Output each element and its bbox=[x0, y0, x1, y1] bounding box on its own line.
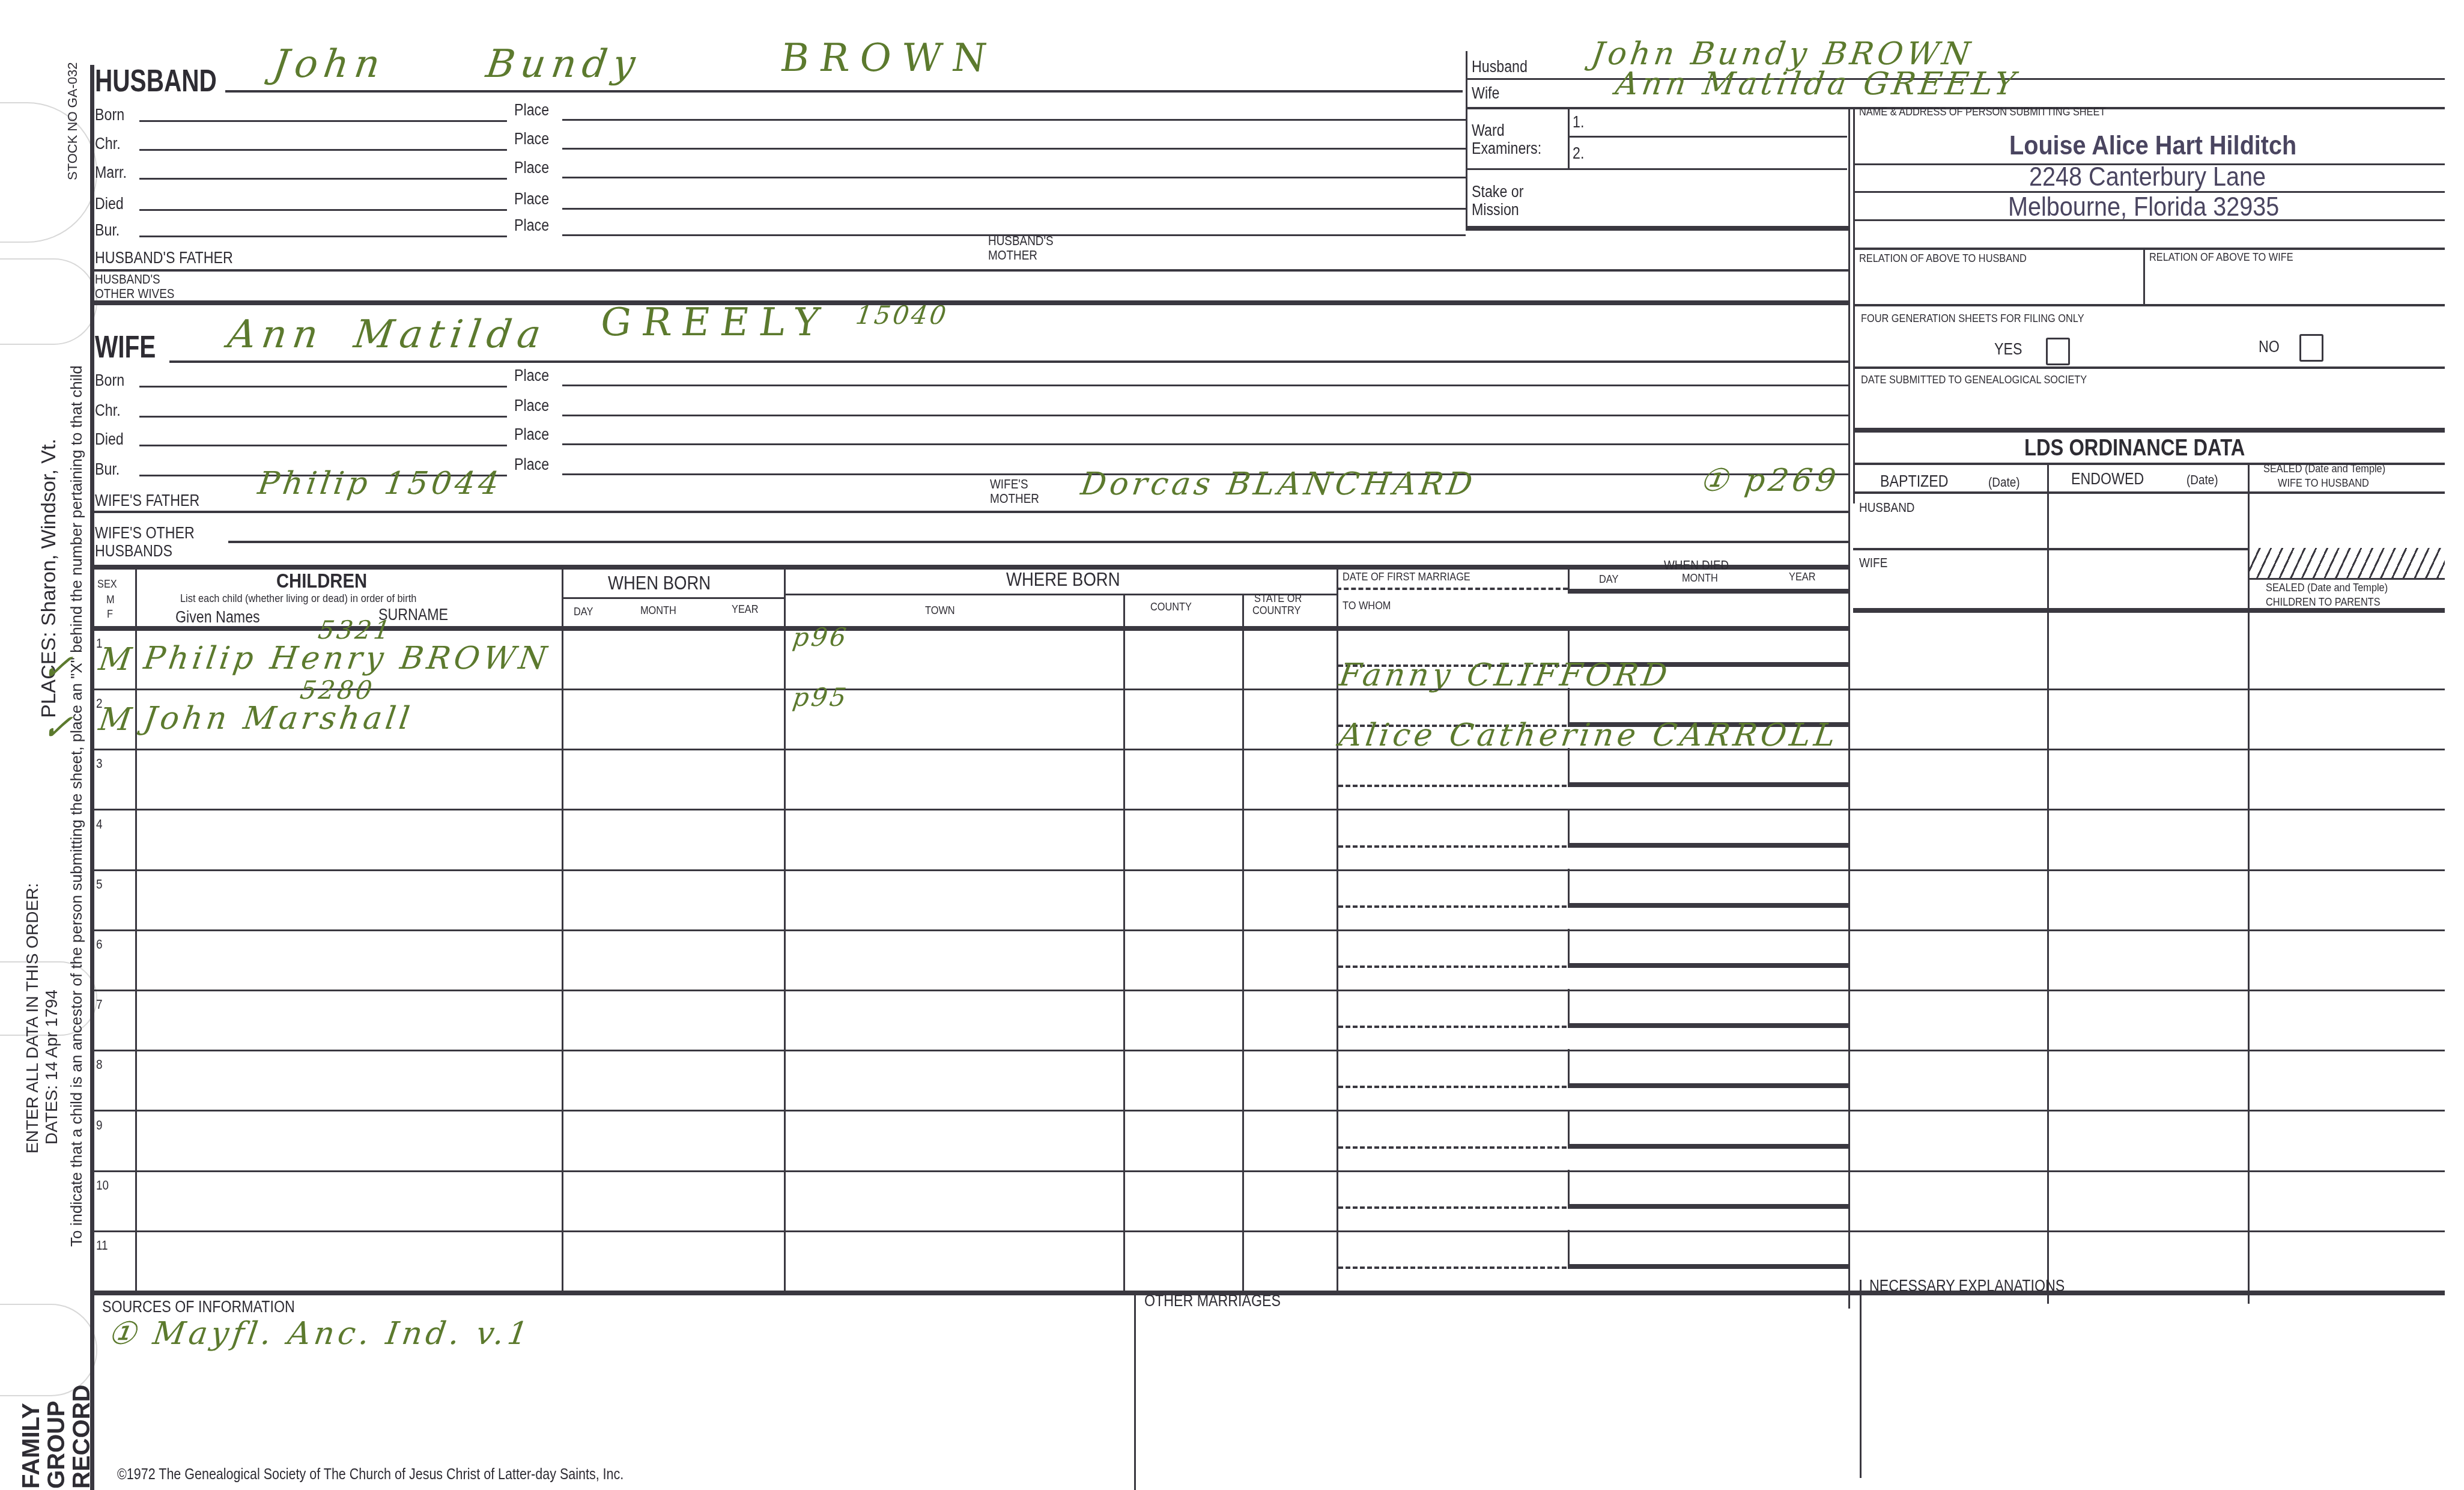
row-divider bbox=[91, 1050, 2445, 1051]
row-divider bbox=[91, 929, 2445, 931]
wife-1-event-label: Chr. bbox=[95, 401, 121, 420]
marriage-date-dash bbox=[1338, 1026, 1567, 1028]
row-divider bbox=[91, 990, 2445, 991]
table-col-divider bbox=[1337, 565, 1338, 1291]
other-marriages-label: OTHER MARRIAGES bbox=[1144, 1292, 1281, 1310]
died-box-edge bbox=[1568, 748, 1570, 785]
wife-mother-source[interactable]: ① p269 bbox=[1698, 463, 1842, 499]
husband-4-event-label: Bur. bbox=[95, 221, 120, 240]
died-date-line bbox=[1568, 963, 1848, 968]
bottom-divider bbox=[1860, 1280, 1862, 1478]
row-divider bbox=[91, 749, 2445, 750]
wife-other-husbands-label-1: WIFE'S OTHER bbox=[95, 524, 195, 543]
marriage-date-dash bbox=[1338, 905, 1567, 908]
row-divider bbox=[91, 1110, 2445, 1111]
child-number: 10 bbox=[96, 1178, 109, 1193]
died-box-edge bbox=[1568, 929, 1570, 966]
table-col-divider bbox=[1242, 594, 1244, 1291]
died-box-edge bbox=[1568, 1170, 1570, 1207]
marriage-date-dash bbox=[1338, 1206, 1567, 1209]
died-day-label: DAY bbox=[1599, 573, 1618, 586]
submitter-line bbox=[1853, 248, 2445, 250]
stake-field[interactable] bbox=[1466, 226, 1848, 231]
relation-husband-label: RELATION OF ABOVE TO HUSBAND bbox=[1859, 252, 2027, 266]
submitter-line bbox=[1853, 219, 2445, 221]
date-submitted-field[interactable] bbox=[1853, 428, 2445, 433]
lds-wife-label: WIFE bbox=[1859, 555, 1887, 571]
marriage-date-dash bbox=[1338, 1146, 1567, 1149]
dates-example: DATES: 14 Apr 1794 bbox=[42, 990, 61, 1145]
lds-line bbox=[2248, 578, 2445, 580]
sealed-wh-1: SEALED (Date and Temple) bbox=[2263, 463, 2385, 476]
town-label: TOWN bbox=[925, 604, 955, 618]
endowed-label: ENDOWED bbox=[2071, 470, 2144, 488]
stake-label-2: Mission bbox=[1472, 201, 1519, 219]
wife-0-event-label: Born bbox=[95, 371, 124, 390]
husband-4-place-label: Place bbox=[514, 216, 549, 235]
died-date-line bbox=[1568, 1083, 1848, 1088]
sources-value[interactable]: ① Mayfl. Anc. Ind. v.1 bbox=[106, 1316, 534, 1352]
child-number: 7 bbox=[96, 997, 103, 1012]
wife-event-date-field[interactable] bbox=[139, 416, 507, 418]
marriage-date-dash bbox=[1338, 785, 1567, 787]
no-checkbox[interactable] bbox=[2299, 334, 2323, 362]
husband-2-place-label: Place bbox=[514, 159, 549, 177]
wife-father-label: WIFE'S FATHER bbox=[95, 491, 199, 510]
wife-mother[interactable]: Dorcas BLANCHARD bbox=[1079, 466, 1478, 502]
husband-name-line bbox=[225, 90, 1463, 93]
punch-hole bbox=[0, 1304, 97, 1396]
wife-other-husbands-label-2: HUSBANDS bbox=[95, 542, 172, 561]
four-gen-label: FOUR GENERATION SHEETS FOR FILING ONLY bbox=[1861, 312, 2084, 326]
husband-2-event-label: Marr. bbox=[95, 163, 127, 182]
husband-3-event-label: Died bbox=[95, 195, 124, 213]
table-line bbox=[1568, 589, 1848, 594]
husband-middle[interactable]: Bundy bbox=[484, 42, 644, 87]
ancestor-note: To indicate that a child is an ancestor … bbox=[67, 365, 86, 1247]
wife-middle[interactable]: Matilda bbox=[351, 312, 550, 357]
baptized-date-hint: (Date) bbox=[1988, 475, 2020, 490]
husband-1-event-label: Chr. bbox=[95, 135, 121, 153]
child-name[interactable]: John Marshall bbox=[142, 701, 416, 737]
died-date-line bbox=[1568, 1204, 1848, 1209]
submitter-label: NAME & ADDRESS OF PERSON SUBMITTING SHEE… bbox=[1859, 106, 2105, 119]
ancestor-check-icon[interactable]: ✓ bbox=[39, 646, 77, 689]
marriage-date-dash bbox=[1338, 845, 1567, 848]
sealed-wh-2: WIFE TO HUSBAND bbox=[2278, 477, 2369, 490]
husband-event-place-field[interactable] bbox=[562, 119, 1466, 121]
child-number: 4 bbox=[96, 816, 103, 832]
wife-surname[interactable]: GREELY bbox=[598, 300, 833, 345]
husband-event-date-field[interactable] bbox=[139, 120, 507, 122]
wife-1-place-label: Place bbox=[514, 397, 549, 415]
husband-other-wives-label-1: HUSBAND'S bbox=[95, 272, 160, 287]
no-label: NO bbox=[2259, 338, 2280, 356]
table-line bbox=[562, 597, 784, 599]
died-box-edge bbox=[1568, 1230, 1570, 1267]
husband-event-date-field[interactable] bbox=[139, 236, 507, 237]
died-box-edge bbox=[1568, 989, 1570, 1026]
child-number: 9 bbox=[96, 1117, 103, 1133]
sealed-cp-1: SEALED (Date and Temple) bbox=[2266, 582, 2388, 595]
given-names-label: Given Names bbox=[175, 608, 260, 627]
yes-label: YES bbox=[1994, 340, 2022, 359]
died-box-edge bbox=[1568, 869, 1570, 906]
relation-wife-label: RELATION OF ABOVE TO WIFE bbox=[2149, 251, 2293, 264]
husband-event-date-field[interactable] bbox=[139, 149, 507, 151]
died-box-edge bbox=[1568, 1049, 1570, 1086]
section-divider bbox=[91, 565, 1848, 570]
husband-heading: HUSBAND bbox=[95, 63, 217, 99]
punch-hole bbox=[0, 258, 97, 345]
examiners-label-2: Examiners: bbox=[1472, 139, 1541, 158]
wife-3-place-label: Place bbox=[514, 455, 549, 474]
day-label: DAY bbox=[574, 606, 593, 619]
wife-3-event-label: Bur. bbox=[95, 460, 120, 479]
sources-label: SOURCES OF INFORMATION bbox=[102, 1298, 295, 1316]
died-date-line bbox=[1568, 1023, 1848, 1028]
table-col-divider bbox=[135, 567, 137, 1291]
row-divider bbox=[91, 689, 2445, 690]
child-spouse[interactable]: Alice Catherine CARROLL bbox=[1337, 717, 1841, 753]
relation-divider bbox=[2143, 248, 2145, 305]
husband-0-event-label: Born bbox=[95, 106, 124, 124]
wife-2-event-label: Died bbox=[95, 430, 124, 449]
form-title-1: FAMILY bbox=[18, 1403, 45, 1489]
submitter-name[interactable]: Louise Alice Hart Hilditch bbox=[2009, 131, 2296, 161]
child-birth-town[interactable]: p95 bbox=[791, 683, 851, 712]
county-label: COUNTY bbox=[1150, 601, 1192, 614]
wife-father-line[interactable] bbox=[91, 511, 1848, 513]
examiners-label-1: Ward bbox=[1472, 121, 1505, 140]
examiner-1-label: 1. bbox=[1573, 113, 1584, 132]
stock-number: STOCK NO GA-032 bbox=[65, 62, 80, 180]
husband-1-place-label: Place bbox=[514, 130, 549, 148]
ward-wife-label: Wife bbox=[1472, 84, 1499, 103]
table-col-divider bbox=[1123, 594, 1125, 1291]
sex-label: SEX bbox=[97, 578, 117, 591]
lds-husband-label: HUSBAND bbox=[1859, 500, 1915, 515]
year-label: YEAR bbox=[732, 603, 759, 616]
state-label-1: STATE OR bbox=[1254, 592, 1302, 606]
child-number: 5 bbox=[96, 877, 103, 892]
died-date-line bbox=[1568, 782, 1848, 787]
sex-m-label: M bbox=[106, 594, 115, 607]
child-sex[interactable]: M bbox=[97, 702, 138, 738]
died-date-line bbox=[1568, 843, 1848, 848]
wife-name-line bbox=[169, 360, 1848, 363]
ward-divider bbox=[1568, 107, 1570, 168]
row-divider bbox=[91, 1170, 2445, 1172]
section-divider bbox=[91, 300, 1848, 305]
husband-3-place-label: Place bbox=[514, 190, 549, 208]
ward-wife-value[interactable]: Ann Matilda GREELY bbox=[1613, 66, 2021, 102]
husband-father-label: HUSBAND'S FATHER bbox=[95, 249, 233, 267]
examiner-2-field[interactable] bbox=[1466, 168, 1847, 170]
submitter-city[interactable]: Melbourne, Florida 32935 bbox=[2008, 192, 2279, 222]
wife-event-place-field[interactable] bbox=[562, 443, 1848, 445]
wife-father[interactable]: Philip 15044 bbox=[256, 466, 505, 502]
month-label: MONTH bbox=[640, 604, 676, 618]
endowed-date-hint: (Date) bbox=[2186, 472, 2218, 488]
died-box-edge bbox=[1568, 809, 1570, 846]
table-dash-line bbox=[1337, 588, 1568, 590]
table-col-divider bbox=[784, 565, 786, 1291]
baptized-label: BAPTIZED bbox=[1880, 472, 1949, 491]
wife-mother-label-1: WIFE'S bbox=[990, 476, 1028, 492]
when-died-label: WHEN DIED bbox=[1664, 558, 1729, 573]
wife-2-place-label: Place bbox=[514, 425, 549, 444]
sex-f-label: F bbox=[107, 608, 113, 621]
died-date-line bbox=[1568, 1144, 1848, 1149]
husband-mother-label-2: MOTHER bbox=[988, 248, 1037, 263]
wife-event-place-field[interactable] bbox=[562, 385, 1848, 386]
husband-event-date-field[interactable] bbox=[139, 178, 507, 180]
husband-father-line[interactable] bbox=[91, 269, 1848, 272]
child-spouse[interactable]: Fanny CLIFFORD bbox=[1337, 657, 1673, 693]
table-line bbox=[784, 594, 1337, 595]
ancestor-check-icon[interactable]: ✓ bbox=[39, 707, 77, 749]
lds-col-divider bbox=[2047, 463, 2049, 1304]
form-title-2: GROUP bbox=[43, 1400, 70, 1489]
relation-line bbox=[1853, 304, 2445, 306]
died-date-line bbox=[1568, 903, 1848, 908]
when-born-label: WHEN BORN bbox=[608, 572, 711, 594]
hatched-area bbox=[2250, 548, 2445, 578]
wife-other-husbands-field[interactable] bbox=[228, 541, 1848, 543]
husband-given[interactable]: John bbox=[270, 42, 389, 87]
husband-other-wives-label-2: OTHER WIVES bbox=[95, 286, 174, 302]
submitter-street[interactable]: 2248 Canterbury Lane bbox=[2029, 162, 2266, 192]
instructions: ENTER ALL DATA IN THIS ORDER: bbox=[23, 883, 42, 1154]
marriage-date-dash bbox=[1338, 965, 1567, 968]
wife-0-place-label: Place bbox=[514, 366, 549, 385]
children-hint: List each child (whether living or dead)… bbox=[180, 592, 416, 606]
table-col-divider bbox=[562, 567, 563, 1291]
children-heading: CHILDREN bbox=[276, 570, 367, 593]
copyright: ©1972 The Genealogical Society of The Ch… bbox=[117, 1466, 624, 1483]
child-sex[interactable]: M bbox=[97, 642, 138, 678]
died-date-line bbox=[1568, 1264, 1848, 1269]
husband-event-place-field[interactable] bbox=[562, 148, 1466, 150]
sealed-cp-2: CHILDREN TO PARENTS bbox=[2266, 596, 2381, 609]
died-year-label: YEAR bbox=[1789, 571, 1816, 584]
wife-heading: WIFE bbox=[95, 329, 156, 365]
died-box-edge bbox=[1568, 1110, 1570, 1147]
child-number: 8 bbox=[96, 1057, 103, 1072]
lds-col-divider bbox=[2248, 463, 2250, 1304]
marriage-date-dash bbox=[1338, 1086, 1567, 1088]
husband-event-place-field[interactable] bbox=[562, 177, 1466, 178]
child-number: 11 bbox=[96, 1238, 108, 1253]
wife-event-place-field[interactable] bbox=[562, 415, 1848, 416]
died-month-label: MONTH bbox=[1682, 572, 1718, 585]
lds-line bbox=[1853, 608, 2445, 613]
where-born-label: WHERE BORN bbox=[1006, 568, 1120, 591]
to-whom-label: TO WHOM bbox=[1343, 600, 1391, 613]
husband-mother-label-1: HUSBAND'S bbox=[988, 233, 1054, 249]
child-number: 6 bbox=[96, 937, 103, 952]
examiner-1-field[interactable] bbox=[1568, 136, 1847, 138]
examiner-2-label: 2. bbox=[1573, 144, 1584, 163]
bottom-divider bbox=[1134, 1292, 1136, 1490]
row-divider bbox=[91, 1230, 2445, 1232]
first-marriage-label: DATE OF FIRST MARRIAGE bbox=[1343, 571, 1470, 584]
child-number: 3 bbox=[96, 756, 103, 771]
wife-event-date-field[interactable] bbox=[139, 445, 507, 446]
state-label-2: COUNTRY bbox=[1252, 604, 1301, 618]
form-left-border bbox=[90, 65, 94, 1490]
husband-0-place-label: Place bbox=[514, 101, 549, 120]
wife-mother-label-2: MOTHER bbox=[990, 491, 1039, 506]
explanations-label: NECESSARY EXPLANATIONS bbox=[1869, 1277, 2065, 1295]
lds-line bbox=[1853, 491, 2445, 494]
date-submitted-label: DATE SUBMITTED TO GENEALOGICAL SOCIETY bbox=[1861, 374, 2087, 387]
row-divider bbox=[91, 869, 2445, 871]
stake-label-1: Stake or bbox=[1472, 183, 1523, 201]
child-birth-town[interactable]: p96 bbox=[791, 622, 851, 652]
lds-title: LDS ORDINANCE DATA bbox=[2024, 436, 2245, 461]
yes-checkbox[interactable] bbox=[2046, 338, 2070, 365]
four-gen-line bbox=[1853, 366, 2445, 369]
ward-husband-label: Husband bbox=[1472, 58, 1528, 76]
wife-event-date-field[interactable] bbox=[139, 386, 507, 388]
husband-event-date-field[interactable] bbox=[139, 209, 507, 211]
child-name[interactable]: Philip Henry BROWN bbox=[142, 640, 553, 677]
right-column-border bbox=[1848, 107, 1850, 1309]
row-divider bbox=[91, 809, 2445, 810]
husband-surname[interactable]: BROWN bbox=[778, 36, 1000, 81]
punch-hole bbox=[0, 102, 97, 243]
husband-event-place-field[interactable] bbox=[562, 208, 1466, 210]
marriage-date-dash bbox=[1338, 1266, 1567, 1269]
wife-given[interactable]: Ann bbox=[225, 312, 327, 357]
wife-ref-number[interactable]: 15040 bbox=[854, 300, 950, 330]
